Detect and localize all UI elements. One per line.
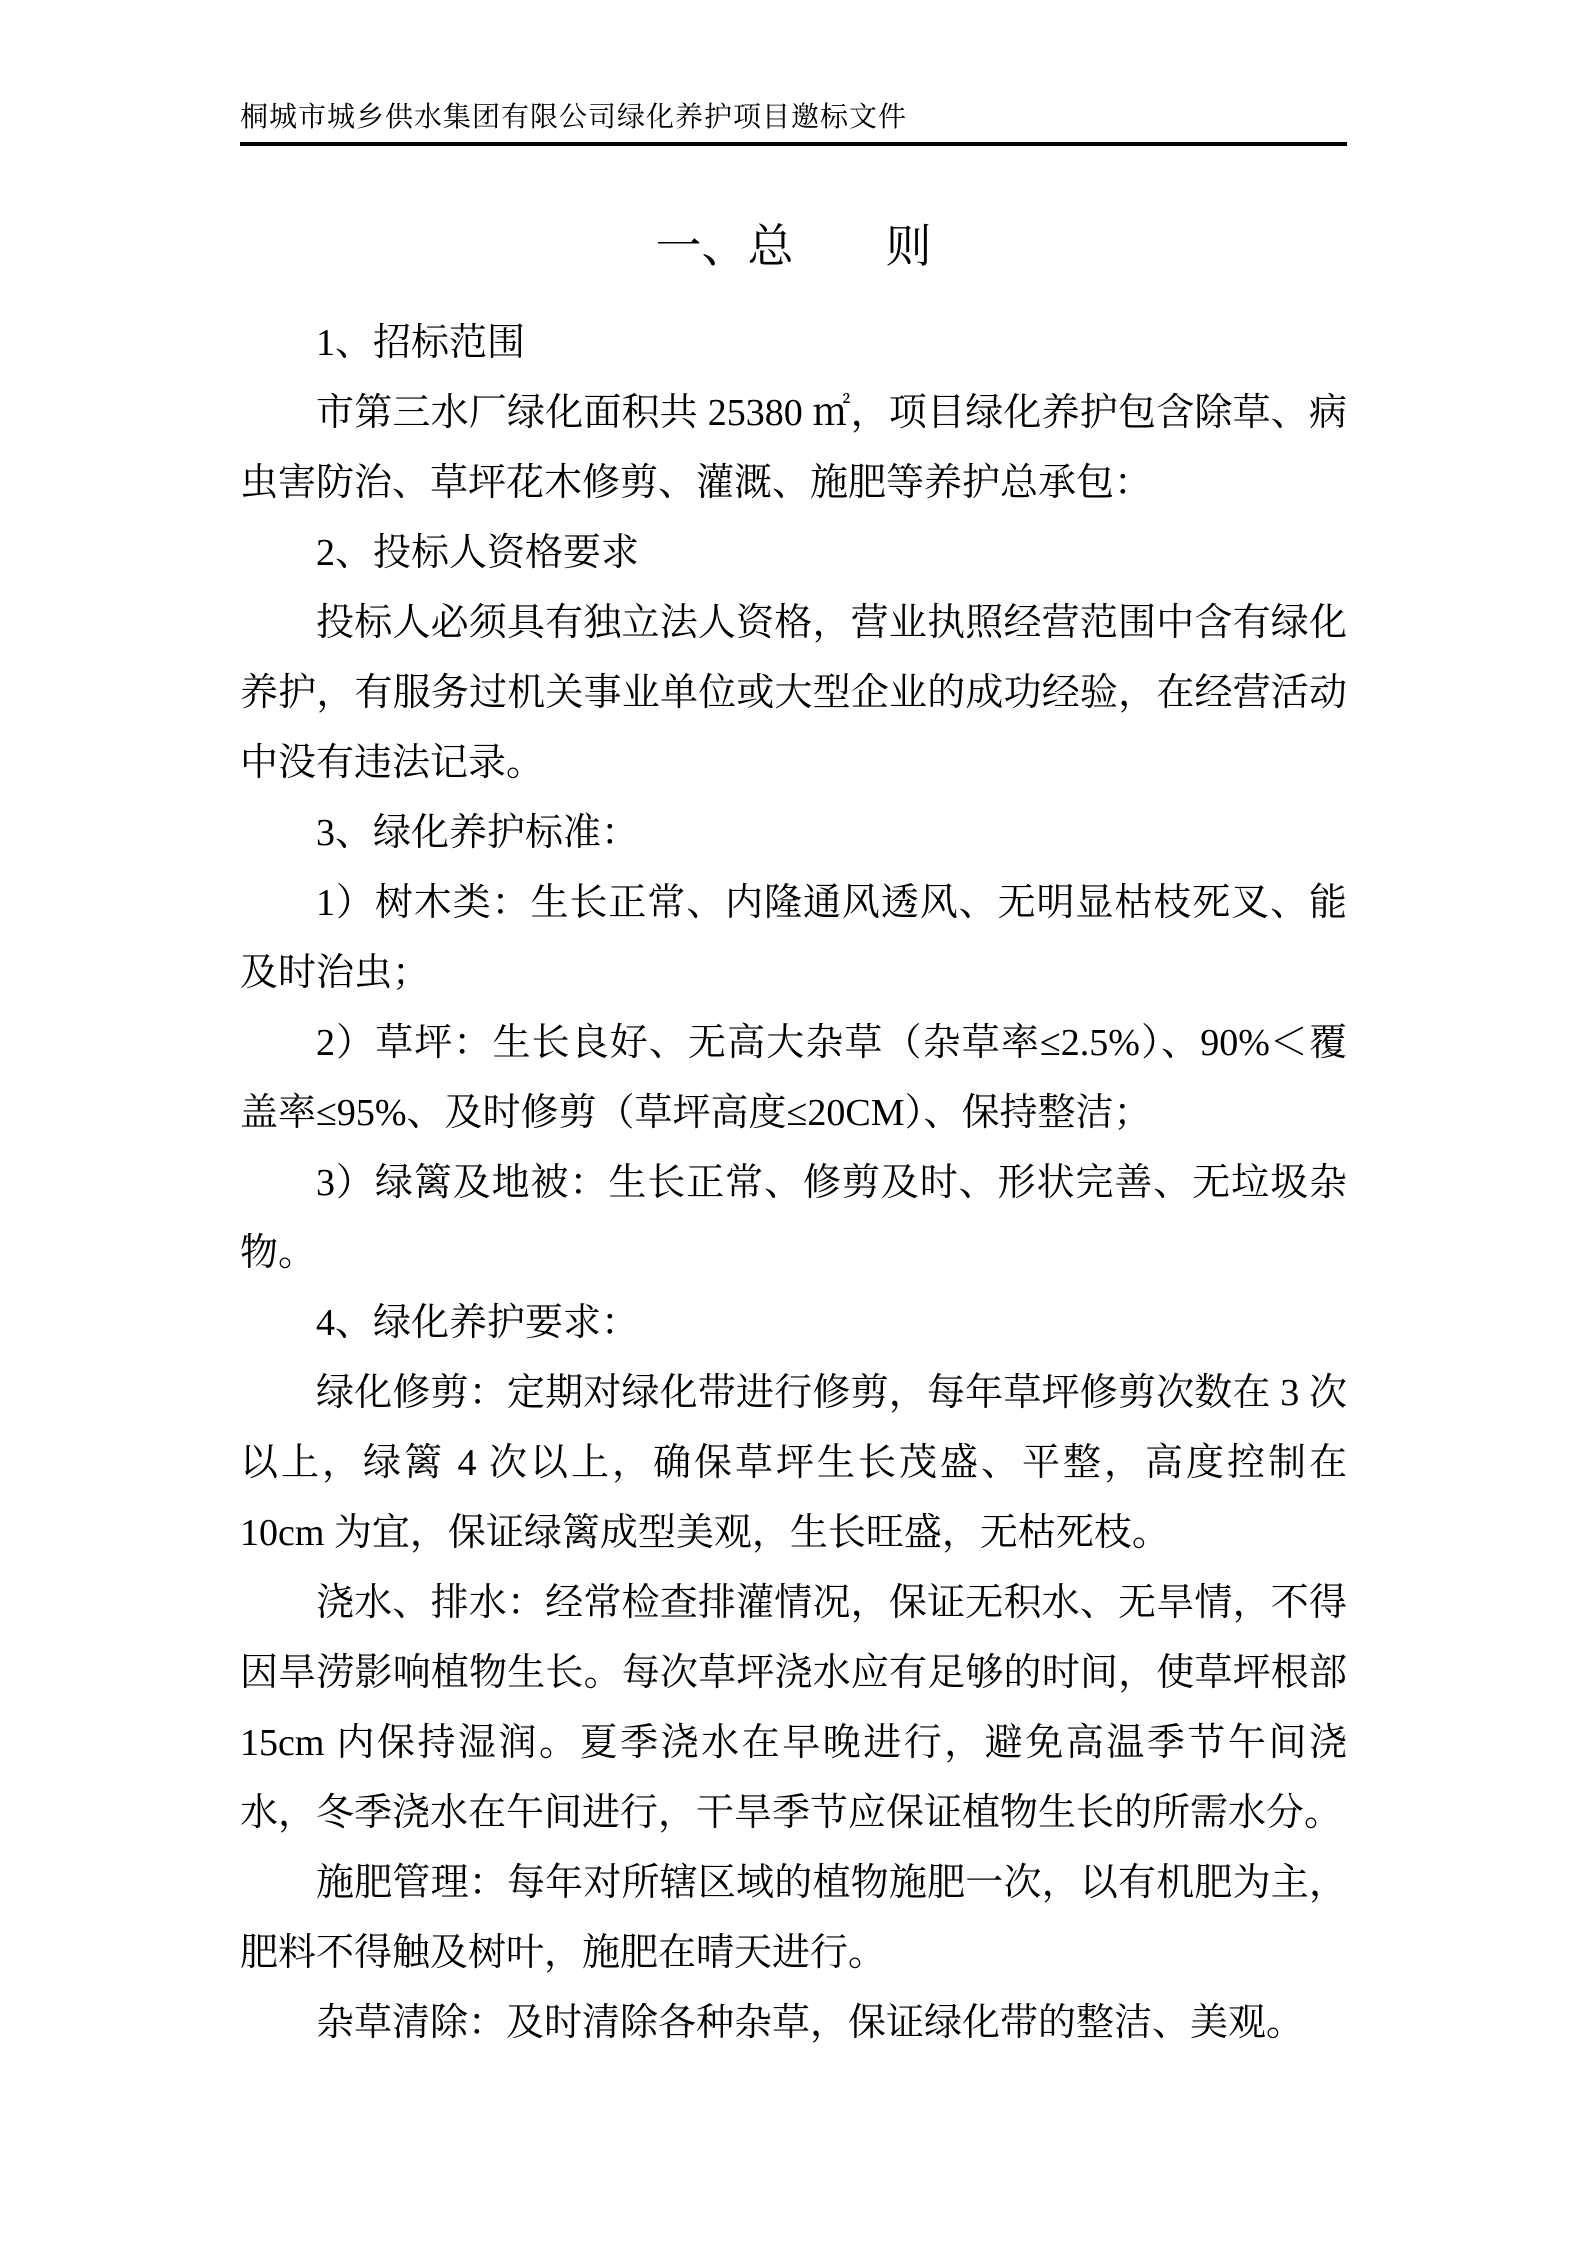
- paragraph: 绿化修剪：定期对绿化带进行修剪，每年草坪修剪次数在 3 次以上，绿篱 4 次以上…: [240, 1358, 1347, 1568]
- paragraph: 投标人必须具有独立法人资格，营业执照经营范围中含有绿化养护，有服务过机关事业单位…: [240, 588, 1347, 798]
- page-header: 桐城市城乡供水集团有限公司绿化养护项目邀标文件: [240, 103, 1347, 146]
- document-body: 1、招标范围 市第三水厂绿化面积共 25380 ㎡，项目绿化养护包含除草、病虫害…: [240, 308, 1347, 2058]
- paragraph: 1）树木类：生长正常、内隆通风透风、无明显枯枝死叉、能及时治虫；: [240, 868, 1347, 1008]
- paragraph: 4、绿化养护要求：: [240, 1288, 1347, 1358]
- paragraph: 3）绿篱及地被：生长正常、修剪及时、形状完善、无垃圾杂物。: [240, 1148, 1347, 1288]
- document-page: 桐城市城乡供水集团有限公司绿化养护项目邀标文件 一、总 则 1、招标范围 市第三…: [0, 0, 1587, 2245]
- paragraph: 1、招标范围: [240, 308, 1347, 378]
- paragraph: 2）草坪：生长良好、无高大杂草（杂草率≤2.5%）、90%＜覆盖率≤95%、及时…: [240, 1008, 1347, 1148]
- paragraph: 杂草清除：及时清除各种杂草，保证绿化带的整洁、美观。: [240, 1988, 1347, 2058]
- paragraph: 浇水、排水：经常检查排灌情况，保证无积水、无旱情，不得因旱涝影响植物生长。每次草…: [240, 1568, 1347, 1848]
- paragraph: 3、绿化养护标准：: [240, 798, 1347, 868]
- paragraph: 市第三水厂绿化面积共 25380 ㎡，项目绿化养护包含除草、病虫害防治、草坪花木…: [240, 378, 1347, 518]
- paragraph: 施肥管理：每年对所辖区域的植物施肥一次，以有机肥为主，肥料不得触及树叶，施肥在晴…: [240, 1848, 1347, 1988]
- paragraph: 2、投标人资格要求: [240, 518, 1347, 588]
- page-header-text: 桐城市城乡供水集团有限公司绿化养护项目邀标文件: [240, 102, 907, 133]
- section-title: 一、总 则: [240, 222, 1347, 272]
